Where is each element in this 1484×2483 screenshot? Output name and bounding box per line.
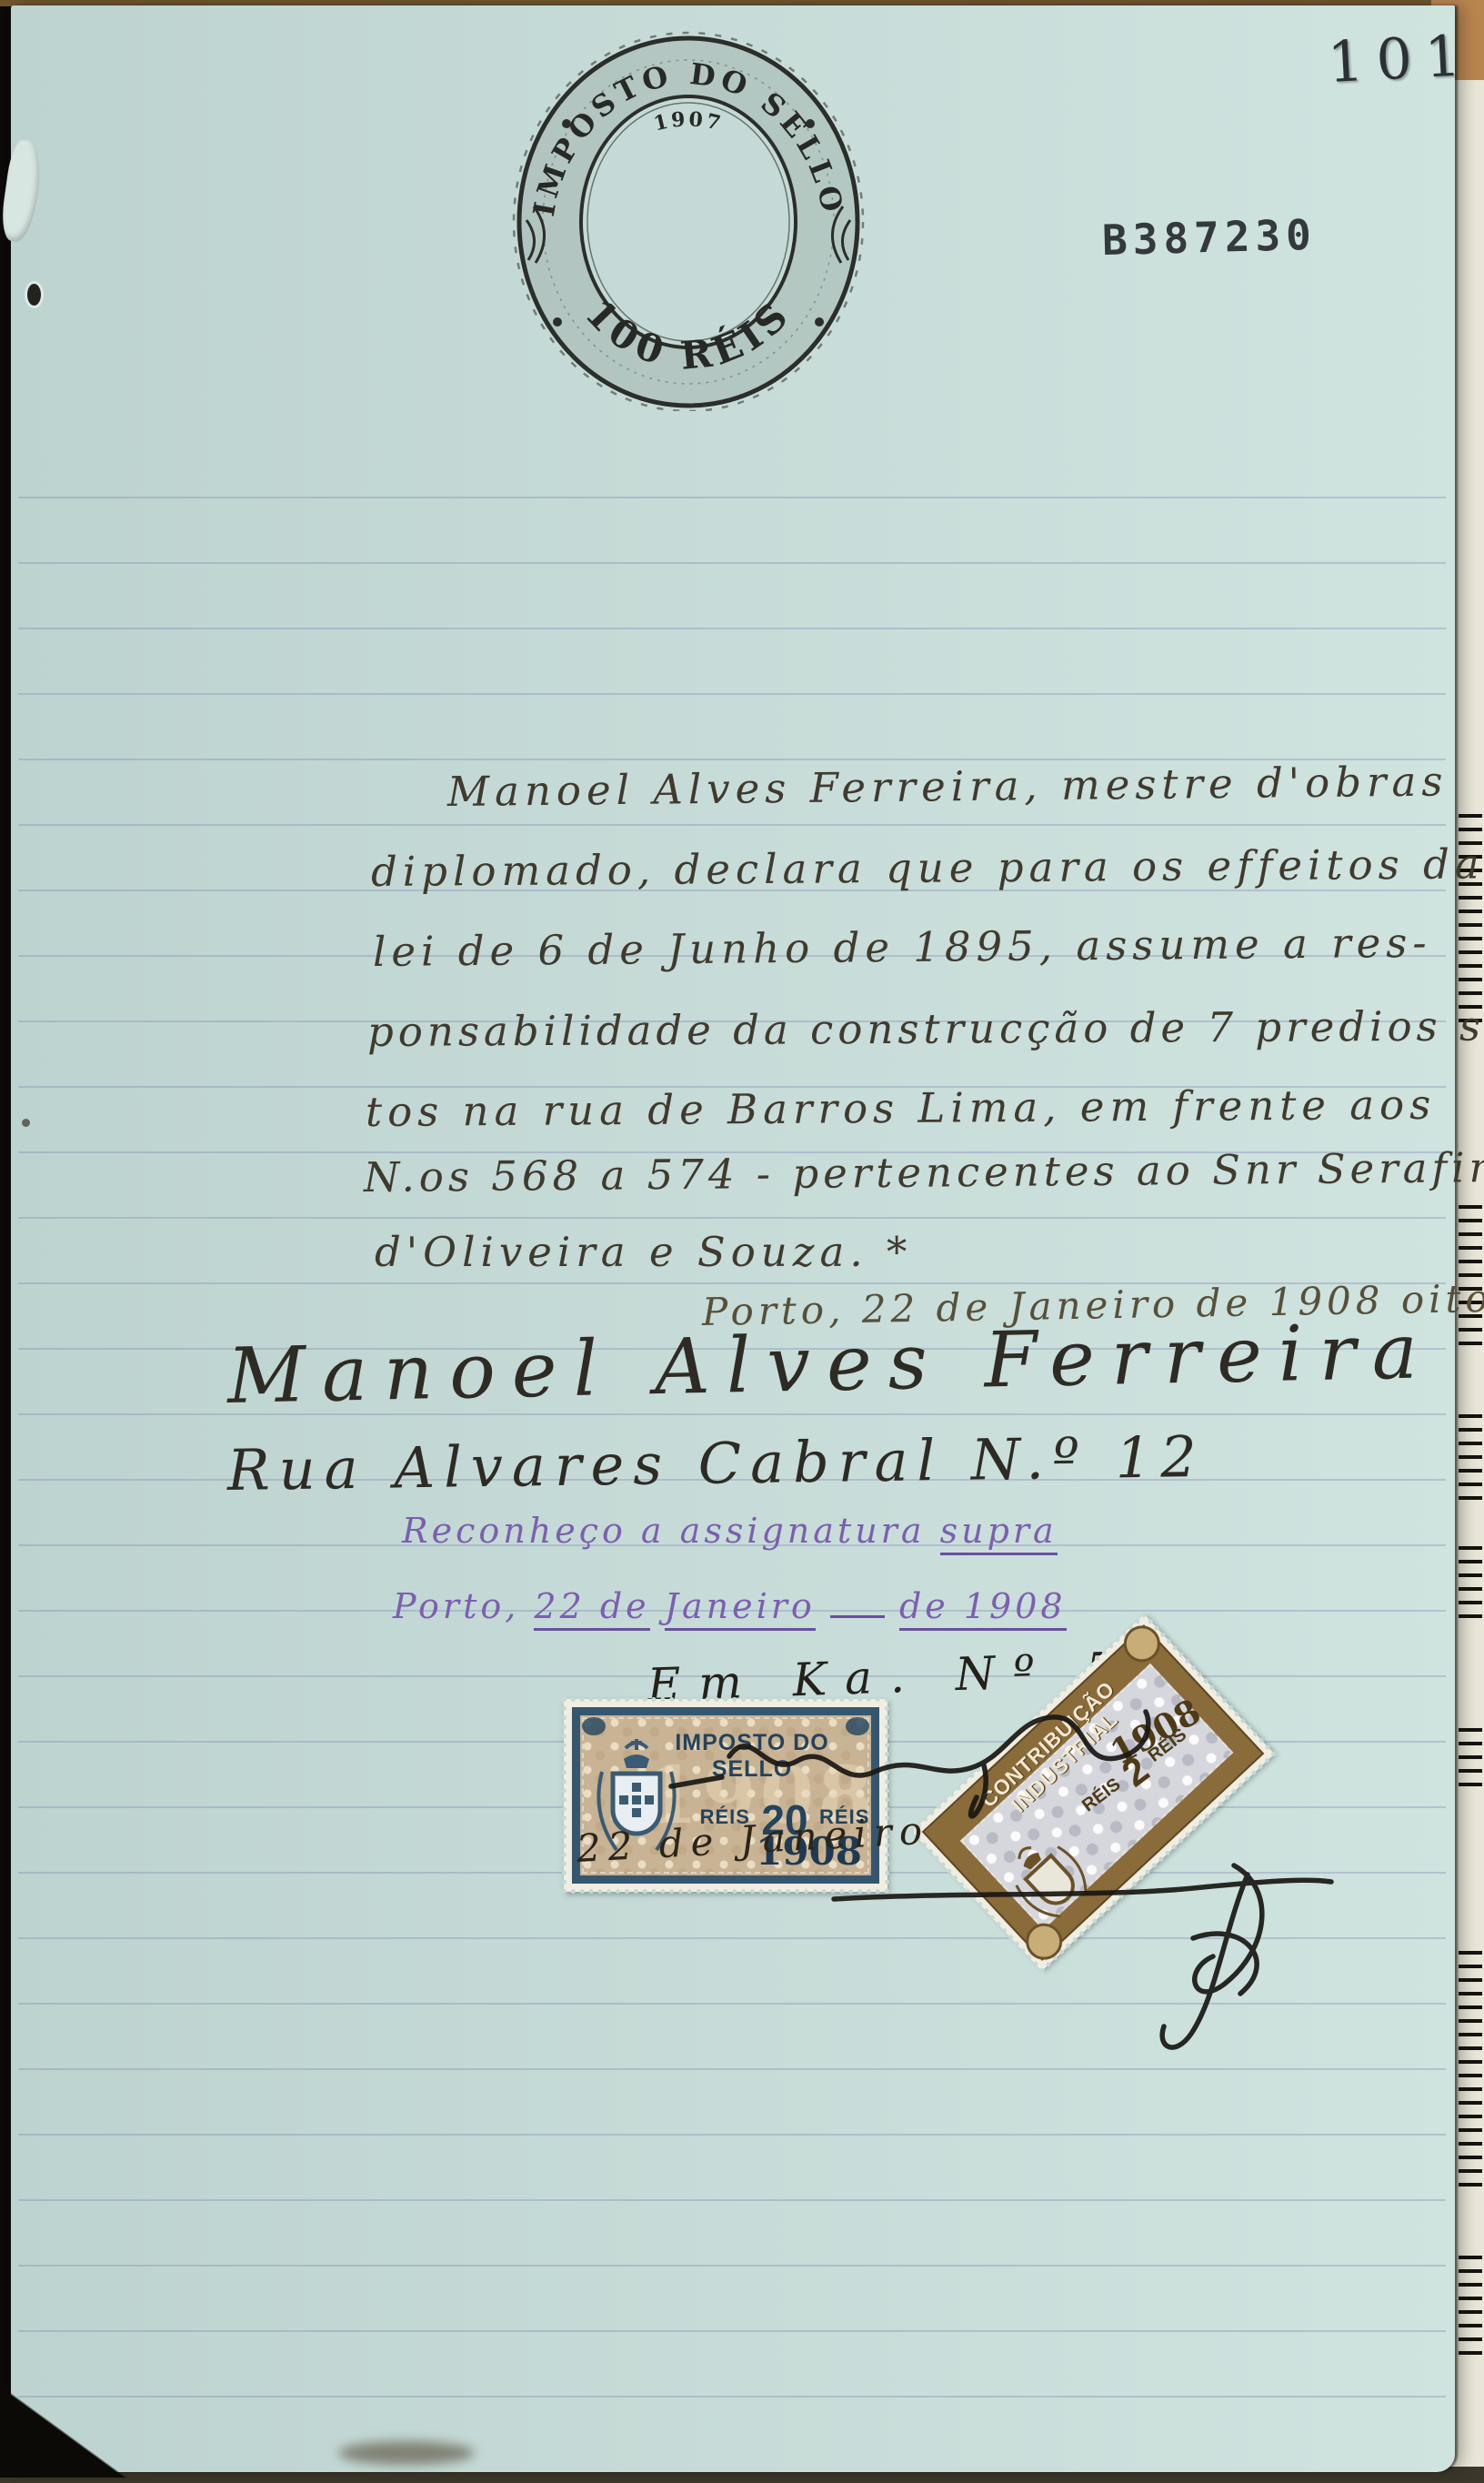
page-number-stamp: 101 — [1326, 22, 1475, 95]
seal-knot — [553, 317, 562, 327]
body-line: d'Oliveira e Souza. * — [375, 1228, 912, 1276]
document-page: IMPOSTO DO SELLO 1907 100 RÉIS 101 B3872… — [11, 5, 1455, 2472]
signature-stroke — [971, 1765, 987, 1816]
notary-year: de 1908 — [899, 1586, 1067, 1631]
notary-recognition-text: Reconheço a assignatura — [402, 1511, 926, 1551]
declarant-address: Rua Alvares Cabral N.º 12 — [226, 1423, 1206, 1503]
page-edge-lines — [1459, 1728, 1482, 1796]
paper-speck — [22, 1119, 30, 1127]
signature-stroke — [729, 1712, 1148, 1775]
scanned-document: IMPOSTO DO SELLO 1907 100 RÉIS 101 B3872… — [0, 0, 1484, 2483]
embossed-seal: IMPOSTO DO SELLO 1907 100 RÉIS — [506, 29, 870, 411]
binding-shadow-corner — [0, 2345, 182, 2478]
serial-number-stamp: B387230 — [1101, 210, 1317, 265]
notary-day: 22 de — [534, 1586, 649, 1631]
body-line: lei de 6 de Junho de 1895, assume a res- — [373, 919, 1432, 976]
paper-hole — [27, 284, 41, 306]
page-edge-lines — [1459, 1951, 1482, 2192]
paper-tear — [0, 138, 45, 244]
signature-stroke — [671, 1777, 722, 1786]
page-edge-lines — [1459, 2256, 1482, 2365]
body-line: N.os 568 a 574 - pertencentes ao Snr Ser… — [364, 1143, 1484, 1201]
page-edge-lines — [1459, 1414, 1482, 1501]
body-line: ponsabilidade da construcção de 7 predio… — [367, 1001, 1484, 1056]
paper-smudge — [338, 2441, 475, 2465]
notary-place: Porto, — [393, 1586, 519, 1626]
notary-signature-flourish — [556, 1670, 1339, 2070]
body-line: diplomado, declara que para os effeitos … — [371, 839, 1484, 896]
notary-underline-gap — [830, 1615, 885, 1618]
body-line: tos na rua de Barros Lima, em frente aos — [366, 1081, 1437, 1136]
seal-knot — [815, 317, 824, 327]
notary-supra: supra — [940, 1511, 1058, 1555]
notary-dateline: Porto, 22 de Janeiro de 1908 — [393, 1586, 1067, 1626]
notary-month: Janeiro — [665, 1586, 816, 1631]
notary-recognition: Reconheço a assignatura supra — [402, 1511, 1058, 1551]
page-edge-lines — [1459, 1546, 1482, 1623]
